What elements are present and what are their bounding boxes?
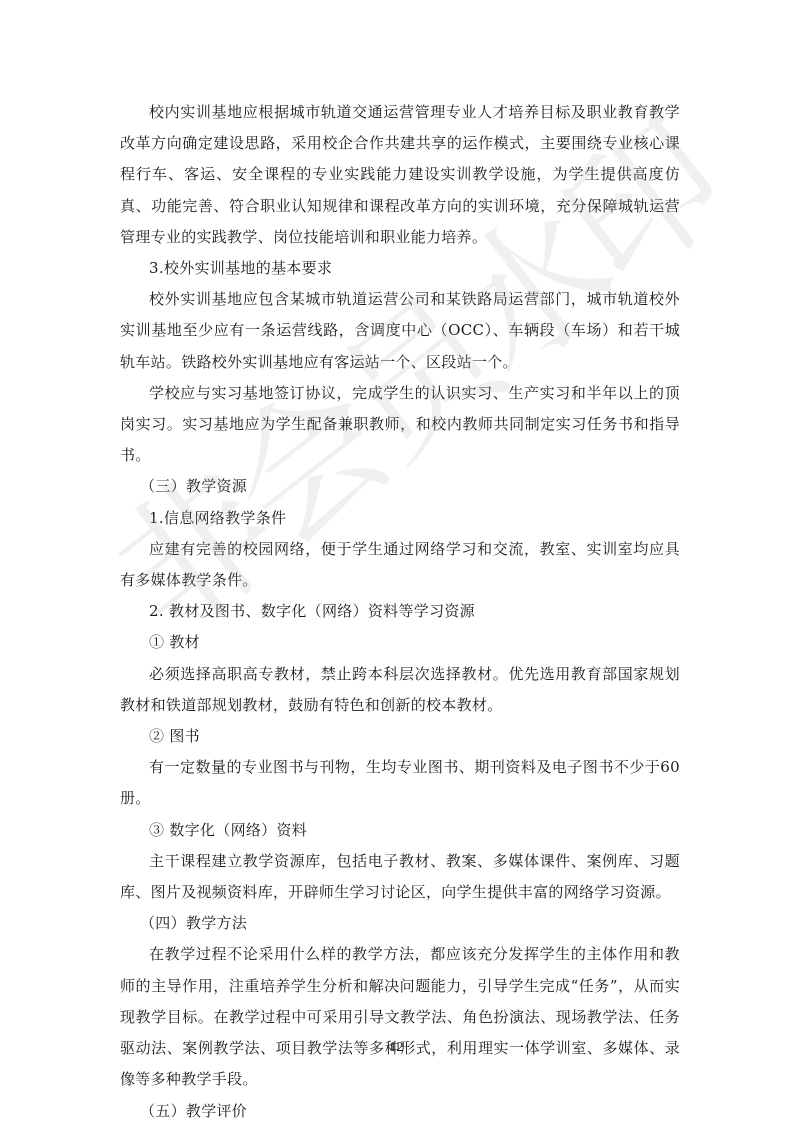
heading-books: ② 图书 (120, 721, 680, 752)
heading-off-campus-requirements: 3.校外实训基地的基本要求 (120, 253, 680, 284)
heading-textbooks: ① 教材 (120, 627, 680, 658)
section-teaching-resources: （三）教学资源 (120, 471, 680, 502)
heading-network-conditions: 1.信息网络教学条件 (120, 503, 680, 534)
paragraph-off-campus-base: 校外实训基地应包含某城市轨道运营公司和某铁路局运营部门，城市轨道校外实训基地至少… (120, 284, 680, 378)
paragraph-digital-resources: 主干课程建立教学资源库，包括电子教材、教案、多媒体课件、案例库、习题库、图片及视… (120, 846, 680, 908)
page-content: 校内实训基地应根据城市轨道交通运营管理专业人才培养目标及职业教育教学改革方向确定… (120, 97, 680, 1122)
heading-learning-resources: 2. 教材及图书、数字化（网络）资料等学习资源 (120, 596, 680, 627)
document-page: 校内实训基地应根据城市轨道交通运营管理专业人才培养目标及职业教育教学改革方向确定… (0, 0, 793, 1122)
section-teaching-evaluation: （五）教学评价 (120, 1096, 680, 1122)
heading-digital-resources: ③ 数字化（网络）资料 (120, 815, 680, 846)
paragraph-teaching-methods: 在教学过程不论采用什么样的教学方法，都应该充分发挥学生的主体作用和教师的主导作用… (120, 939, 680, 1095)
paragraph-textbooks: 必须选择高职高专教材，禁止跨本科层次选择教材。优先选用教育部国家规划教材和铁道部… (120, 659, 680, 721)
paragraph-campus-training-base: 校内实训基地应根据城市轨道交通运营管理专业人才培养目标及职业教育教学改革方向确定… (120, 97, 680, 253)
paragraph-internship-agreement: 学校应与实习基地签订协议，完成学生的认识实习、生产实习和半年以上的顶岗实习。实习… (120, 378, 680, 472)
section-teaching-methods: （四）教学方法 (120, 908, 680, 939)
page-number: 12 (0, 1040, 793, 1056)
paragraph-campus-network: 应建有完善的校园网络，便于学生通过网络学习和交流，教室、实训室均应具有多媒体教学… (120, 534, 680, 596)
paragraph-books: 有一定数量的专业图书与刊物，生均专业图书、期刊资料及电子图书不少于60册。 (120, 752, 680, 814)
